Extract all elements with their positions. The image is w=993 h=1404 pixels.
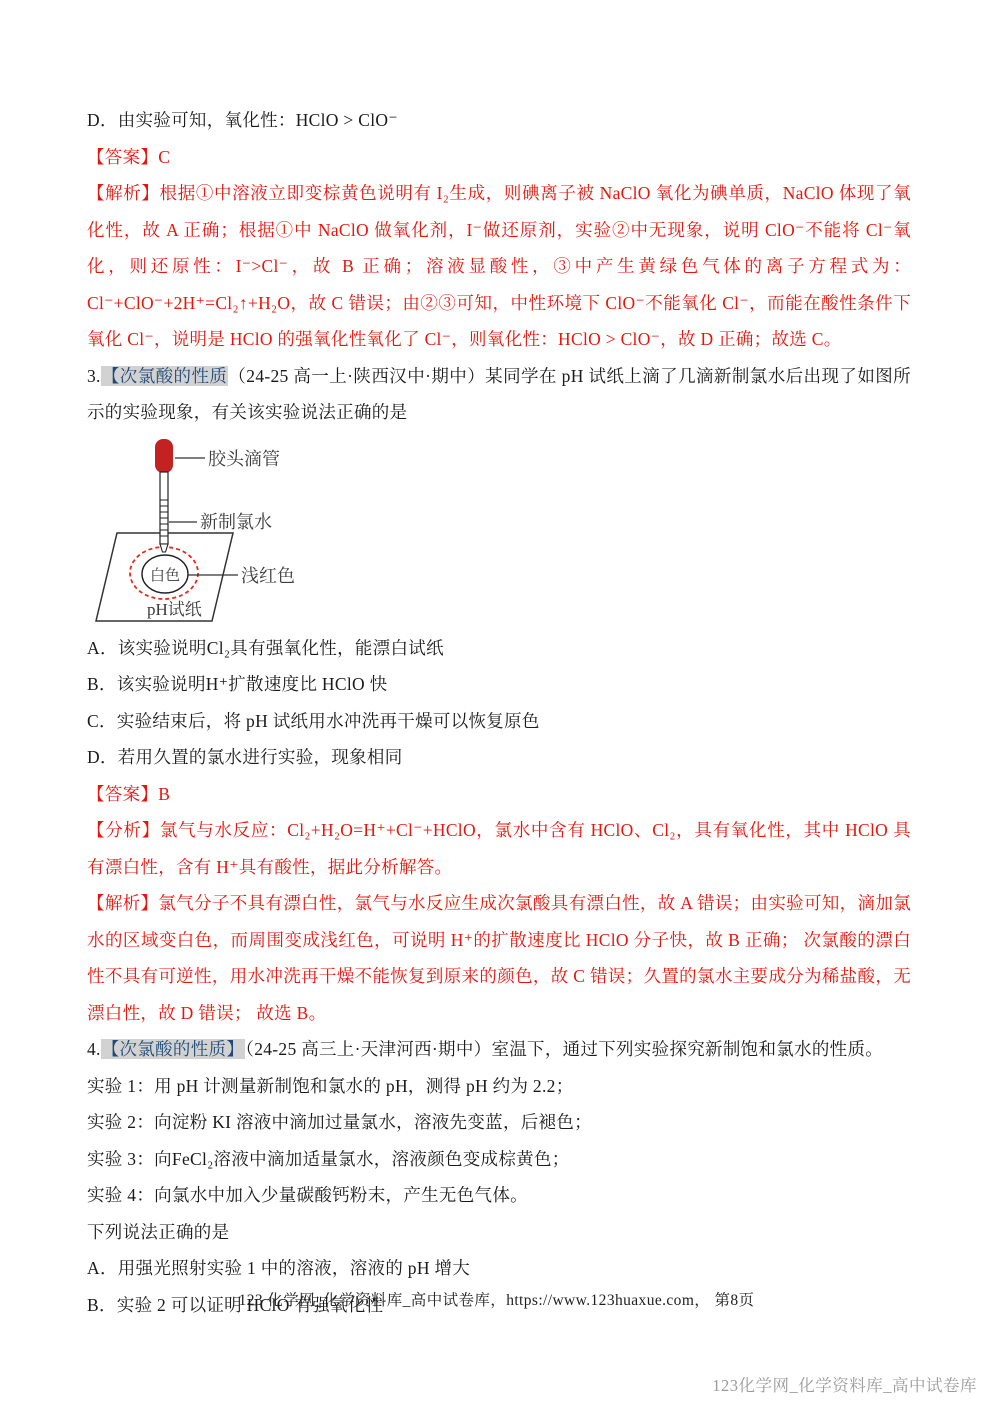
- q3-option-d: D．若用久置的氯水进行实验，现象相同: [87, 739, 911, 776]
- ph-paper-label: pH试纸: [147, 600, 202, 619]
- q2-answer: 【答案】C: [87, 139, 911, 176]
- page-footer: 123 化学网_化学资料库_高中试卷库，https://www.123huaxu…: [0, 1288, 993, 1310]
- pink-region-label: 浅红色: [241, 566, 295, 586]
- chlorine-water-label: 新制氯水: [200, 512, 272, 532]
- q4-experiment-4: 实验 4：向氯水中加入少量碳酸钙粉末，产生无色气体。: [87, 1177, 911, 1214]
- q3-option-b: B．该实验说明H⁺扩散速度比 HClO 快: [87, 666, 911, 703]
- dropper-label: 胶头滴管: [208, 449, 280, 469]
- exam-page: D．由实验可知，氧化性：HClO > ClO⁻ 【答案】C 【解析】根据①中溶液…: [0, 0, 993, 1404]
- q3-number: 3.: [87, 366, 101, 386]
- q3-stem-line: 3.【次氯酸的性质（24-25 高一上·陕西汉中·期中）某同学在 pH 试纸上滴…: [87, 358, 911, 431]
- dropper-bulb-icon: [155, 439, 173, 473]
- dropper-tip: [160, 544, 168, 552]
- white-spot-label: 白色: [150, 567, 180, 584]
- q3-topic-tag: 【次氯酸的性质: [101, 366, 229, 386]
- q3-explanation: 【解析】氯气分子不具有漂白性，氯气与水反应生成次氯酸具有漂白性，故 A 错误；由…: [87, 885, 911, 1031]
- page-content: D．由实验可知，氧化性：HClO > ClO⁻ 【答案】C 【解析】根据①中溶液…: [87, 102, 911, 1323]
- q2-option-d: D．由实验可知，氧化性：HClO > ClO⁻: [87, 102, 911, 139]
- q4-experiment-2: 实验 2：向淀粉 KI 溶液中滴加过量氯水，溶液先变蓝，后褪色；: [87, 1104, 911, 1141]
- q4-experiment-3: 实验 3：向FeCl₂溶液中滴加适量氯水，溶液颜色变成棕黄色；: [87, 1141, 911, 1178]
- q2-analysis: 【解析】根据①中溶液立即变棕黄色说明有 I₂生成，则碘离子被 NaClO 氧化为…: [87, 175, 911, 358]
- watermark: 123化学网_化学资料库_高中试卷库: [712, 1372, 977, 1396]
- q3-answer: 【答案】B: [87, 776, 911, 813]
- q4-topic-tag: 【次氯酸的性质】: [101, 1039, 245, 1059]
- q4-prompt: 下列说法正确的是: [87, 1214, 911, 1251]
- q4-stem-text: （24-25 高三上·天津河西·期中）室温下，通过下列实验探究新制饱和氯水的性质…: [245, 1039, 883, 1059]
- q4-number: 4.: [87, 1039, 101, 1059]
- q3-analysis-note: 【分析】氯气与水反应：Cl₂+H₂O=H⁺+Cl⁻+HClO，氯水中含有 HCl…: [87, 812, 911, 885]
- q3-option-c: C．实验结束后，将 pH 试纸用水冲洗再干燥可以恢复原色: [87, 703, 911, 740]
- q3-option-a: A．该实验说明Cl₂具有强氧化性，能漂白试纸: [87, 630, 911, 667]
- q4-stem-line: 4.【次氯酸的性质】（24-25 高三上·天津河西·期中）室温下，通过下列实验探…: [87, 1031, 911, 1068]
- experiment-diagram: 白色 胶头滴管 新制氯水 浅红色 pH试纸: [91, 434, 911, 630]
- ph-paper-diagram: 白色 胶头滴管 新制氯水 浅红色 pH试纸: [91, 434, 323, 630]
- dropper-tube: [160, 472, 168, 544]
- q4-option-a: A．用强光照射实验 1 中的溶液，溶液的 pH 增大: [87, 1250, 911, 1287]
- q4-experiment-1: 实验 1：用 pH 计测量新制饱和氯水的 pH，测得 pH 约为 2.2；: [87, 1068, 911, 1105]
